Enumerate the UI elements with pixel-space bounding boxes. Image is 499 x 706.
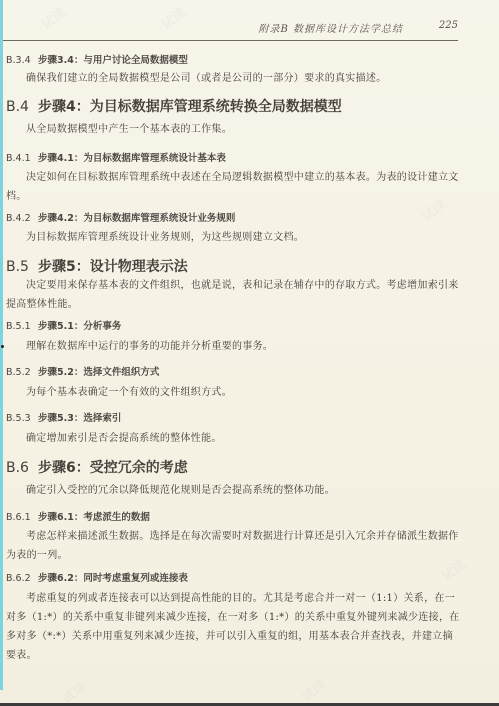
watermark: 试读 — [57, 676, 89, 706]
section-heading: B.5.3步骤5.3：选择索引 — [6, 410, 121, 424]
page-number: 225 — [439, 20, 458, 31]
section-heading: B.4.1步骤4.1：为目标数据库管理系统设计基本表 — [6, 150, 226, 164]
paragraph: 确定增加索引是否会提高系统的整体性能。 — [6, 429, 461, 448]
paragraph: 确保我们建立的全局数据模型是公司（或者是公司的一部分）要求的真实描述。 — [6, 69, 461, 88]
section-heading: B.3.4步骤3.4：与用户讨论全局数据模型 — [6, 52, 188, 66]
paragraph: 为每个基本表确定一个有效的文件组织方式。 — [6, 383, 461, 402]
paragraph: 从全局数据模型中产生一个基本表的工作集。 — [6, 120, 461, 139]
header-title: 附录B 数据库设计方法学总结 — [258, 20, 403, 35]
section-heading: B.4步骤4：为目标数据库管理系统转换全局数据模型 — [6, 96, 342, 116]
book-page: 试读 试读 试读 试读 试读 试读 附录B 数据库设计方法学总结 225 B.3… — [0, 0, 499, 706]
paragraph: 理解在数据库中运行的事务的功能并分析重要的事务。 — [6, 337, 461, 356]
running-header: 附录B 数据库设计方法学总结 225 — [0, 20, 458, 34]
paragraph: 考虑怎样来描述派生数据。选择是在每次需要时对数据进行计算还是引入冗余并存储派生数… — [6, 527, 461, 565]
section-heading: B.5步骤5：设计物理表示法 — [6, 256, 188, 276]
margin-dot — [1, 345, 4, 348]
paragraph: 决定要用来保存基本表的文件组织，也就是说，表和记录在辅存中的存取方式。考虑增加索… — [6, 276, 461, 314]
paragraph: 考虑重复的列或者连接表可以达到提高性能的目的。尤其是考虑合并一对一（1:1）关系… — [6, 589, 461, 665]
header-rule — [3, 40, 458, 41]
paragraph: 为目标数据库管理系统设计业务规则，为这些规则建立文档。 — [6, 228, 461, 247]
paragraph: 确定引入受控的冗余以降低规范化规则是否会提高系统的整体功能。 — [6, 481, 461, 500]
section-heading: B.6步骤6：受控冗余的考虑 — [6, 457, 188, 477]
watermark: 试读 — [297, 674, 329, 704]
section-heading: B.5.2步骤5.2：选择文件组织方式 — [6, 364, 159, 378]
section-heading: B.6.2步骤6.2：同时考虑重复列或连接表 — [6, 570, 188, 584]
section-heading: B.4.2步骤4.2：为目标数据库管理系统设计业务规则 — [6, 210, 235, 224]
section-heading: B.6.1步骤6.1：考虑派生的数据 — [6, 509, 150, 523]
section-heading: B.5.1步骤5.1：分析事务 — [6, 318, 121, 332]
paragraph: 决定如何在目标数据库管理系统中表述在全局逻辑数据模型中建立的基本表。为表的设计建… — [6, 168, 461, 206]
